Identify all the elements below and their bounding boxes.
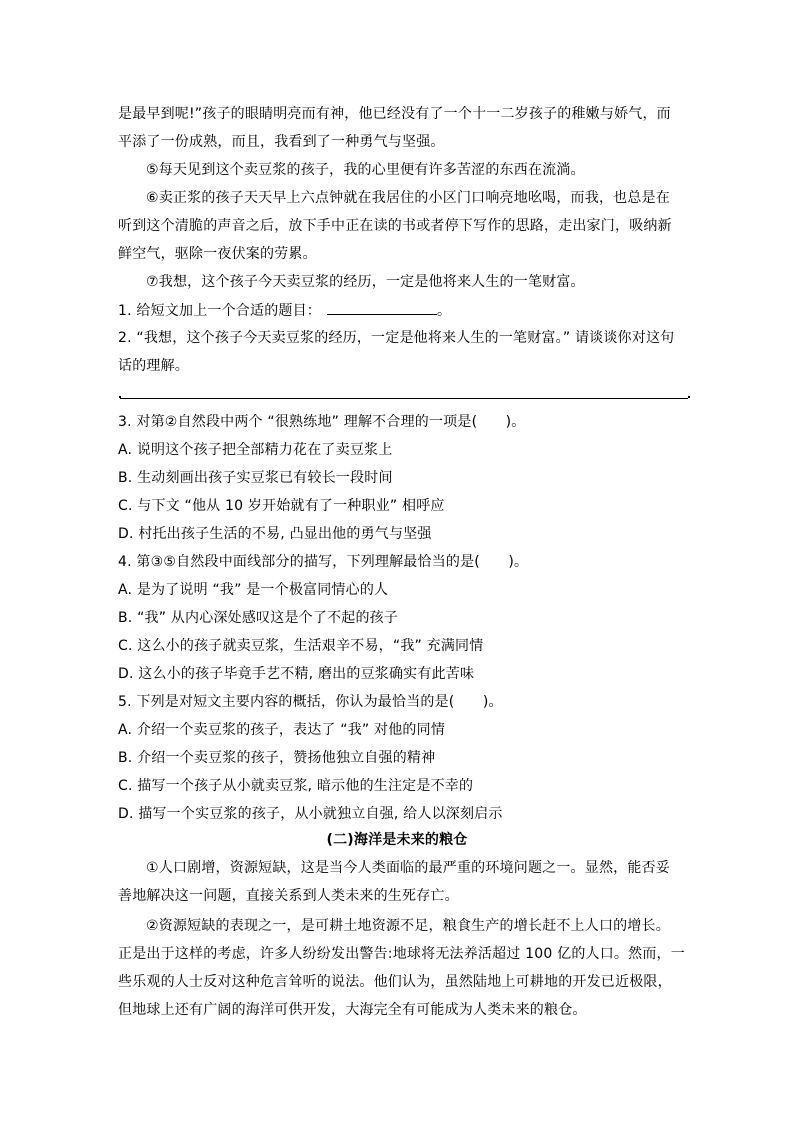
- answer-line-start-dot: [119, 396, 121, 398]
- question-1: 1. 给短文加上一个合适的题目：。: [118, 300, 688, 321]
- question-4-option-d: D. 这么小的孩子毕竟手艺不精, 磨出的豆浆确实有此苦味: [118, 664, 688, 684]
- question-3-option-d: D. 村托出孩子生活的不易, 凸显出他的勇气与坚强: [118, 524, 688, 544]
- question-5-option-d: D. 描写一个实豆浆的孩子，从小就独立自强, 给人以深刻启示: [118, 804, 688, 824]
- question-5-option-c: C. 描写一个孩子从小就卖豆浆, 暗示他的生注定是不幸的: [118, 776, 688, 796]
- question-5-option-a: A. 介绍一个卖豆浆的孩子，表达了 “我” 对他的同情: [118, 720, 688, 740]
- question-1-text: 1. 给短文加上一个合适的题目：: [118, 303, 321, 319]
- question-3-option-b: B. 生动刻画出孩子实豆浆已有较长一段时间: [118, 468, 688, 488]
- question-1-suffix: 。: [437, 303, 451, 319]
- passage2-line: 善地解决这一问题，直接关系到人类未来的生死存亡。: [118, 886, 688, 906]
- passage2-paragraph-2: ②资源短缺的表现之一，是可耕土地资源不足，粮食生产的增长赶不上人口的增长。: [146, 916, 716, 936]
- passage1-paragraph-6: ⑥卖正浆的孩子天天早上六点钟就在我居住的小区门口响亮地吆喝，而我，也总是在: [146, 188, 716, 208]
- passage2-line: 正是出于这样的考虑，许多人纷纷发出警告:地球将无法养活超过 100 亿的人口。然…: [118, 944, 688, 964]
- question-3-option-c: C. 与下文 “他从 10 岁开始就有了一种职业” 相呼应: [118, 496, 688, 516]
- title-answer-blank[interactable]: [327, 300, 437, 315]
- question-3-stem: 3. 对第②自然段中两个 “很熟练地” 理解不合理的一项是( )。: [118, 412, 688, 432]
- passage1-paragraph-7: ⑦我想，这个孩子今天卖豆浆的经历，一定是他将来人生的一笔财富。: [146, 272, 716, 292]
- passage2-paragraph-1: ①人口剧增，资源短缺，这是当今人类面临的最严重的环境问题之一。显然，能否妥: [146, 858, 716, 878]
- passage2-line: 但地球上还有广阔的海洋可供开发，大海完全有可能成为人类未来的粮仓。: [118, 1000, 688, 1020]
- document-page: 是最早到呢!”孩子的眼睛明亮而有神，他已经没有了一个十一二岁孩子的稚嫩与娇气，而…: [0, 0, 794, 1123]
- question-4-option-c: C. 这么小的孩子就卖豆浆，生活艰辛不易，“我” 充满同情: [118, 636, 688, 656]
- answer-line-end-dot: [688, 396, 690, 398]
- question-2-line1: 2. “我想，这个孩子今天卖豆浆的经历，一定是他将来人生的一笔财富。” 请谈谈你…: [118, 328, 688, 348]
- passage1-line: 是最早到呢!”孩子的眼睛明亮而有神，他已经没有了一个十一二岁孩子的稚嫩与娇气，而: [118, 104, 688, 124]
- question-4-option-a: A. 是为了说明 “我” 是一个极富同情心的人: [118, 580, 688, 600]
- question-3-option-a: A. 说明这个孩子把全部精力花在了卖豆浆上: [118, 440, 688, 460]
- question-4-option-b: B. “我” 从内心深处感叹这是个了不起的孩子: [118, 608, 688, 628]
- question-2-answer-line[interactable]: [120, 397, 688, 399]
- question-4-stem: 4. 第③⑤自然段中面线部分的描写，下列理解最恰当的是( )。: [118, 552, 688, 572]
- question-2-line2: 话的理解。: [118, 356, 688, 376]
- passage1-line: 平添了一份成熟，而且，我看到了一种勇气与坚强。: [118, 132, 688, 152]
- passage1-line: 听到这个清脆的声音之后，放下手中正在读的书或者停下写作的思路，走出家门，吸纳新: [118, 216, 688, 236]
- passage1-line: 鲜空气，驱除一夜伏案的劳累。: [118, 244, 688, 264]
- passage1-paragraph-5: ⑤每天见到这个卖豆浆的孩子，我的心里便有许多苦涩的东西在流淌。: [146, 160, 716, 180]
- passage2-title: (二)海洋是未来的粮仓: [0, 830, 794, 850]
- question-5-stem: 5. 下列是对短文主要内容的概括，你认为最恰当的是( )。: [118, 692, 688, 712]
- passage2-line: 些乐观的人士反对这种危言耸听的说法。他们认为，虽然陆地上可耕地的开发已近极限，: [118, 972, 688, 992]
- question-5-option-b: B. 介绍一个卖豆浆的孩子，赞扬他独立自强的精神: [118, 748, 688, 768]
